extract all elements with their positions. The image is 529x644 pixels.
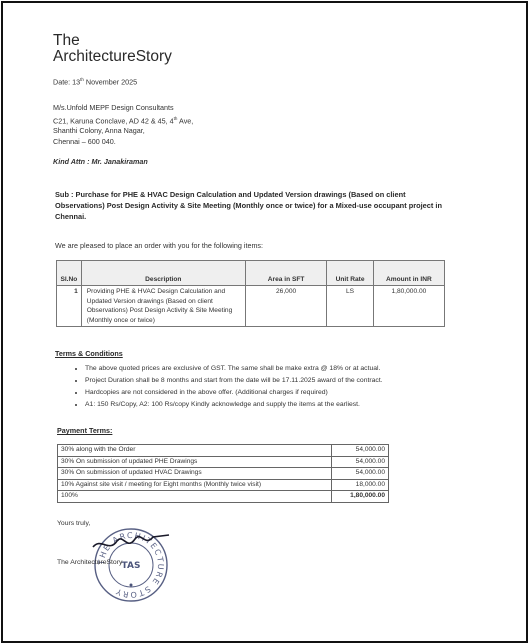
- payment-value: 54,000.00: [332, 445, 389, 457]
- stamp-center-text: TAS: [122, 561, 141, 571]
- header-area: Area in SFT: [245, 261, 327, 286]
- payment-label: 30% On submission of updated HVAC Drawin…: [58, 468, 332, 480]
- cell-area: 26,000: [245, 286, 327, 327]
- payment-value: 54,000.00: [332, 468, 389, 480]
- cell-amount: 1,80,000.00: [373, 286, 444, 327]
- list-item: Hardcopies are not considered in the abo…: [85, 387, 383, 399]
- recipient-address: M/s.Unfold MEPF Design Consultants C21, …: [53, 103, 193, 147]
- payment-label: 10% Against site visit / meeting for Eig…: [58, 479, 332, 491]
- attention-line: Kind Attn : Mr. Janakiraman: [53, 157, 148, 166]
- table-row: 10% Against site visit / meeting for Eig…: [58, 479, 389, 491]
- date-label: Date: 13: [53, 77, 80, 86]
- header-sl-no: Sl.No: [57, 261, 82, 286]
- table-row: 1 Providing PHE & HVAC Design Calculatio…: [57, 286, 445, 327]
- address-line-2a: C21, Karuna Conclave, AD 42 & 45, 4: [53, 116, 174, 125]
- cell-unit-rate: LS: [327, 286, 373, 327]
- payment-terms-table: 30% along with the Order 54,000.00 30% O…: [57, 444, 389, 503]
- cell-sl-no: 1: [57, 286, 82, 327]
- intro-text: We are pleased to place an order with yo…: [55, 241, 263, 250]
- signatory: The ArchitectureStory: [57, 559, 122, 566]
- address-line-2: C21, Karuna Conclave, AD 42 & 45, 4th Av…: [53, 114, 193, 127]
- address-line-4: Chennai – 600 040.: [53, 137, 193, 148]
- cell-description: Providing PHE & HVAC Design Calculation …: [81, 286, 245, 327]
- date-rest: November 2025: [84, 77, 137, 86]
- logo-line-2: ArchitectureStory: [53, 49, 172, 65]
- payment-terms-title: Payment Terms:: [57, 426, 112, 435]
- list-item: The above quoted prices are exclusive of…: [85, 363, 383, 375]
- payment-label: 100%: [58, 491, 332, 503]
- address-line-3: Shanthi Colony, Anna Nagar,: [53, 126, 193, 137]
- payment-value: 1,80,000.00: [332, 491, 389, 503]
- items-table: Sl.No Description Area in SFT Unit Rate …: [56, 260, 445, 327]
- items-table-header: Sl.No Description Area in SFT Unit Rate …: [57, 261, 445, 286]
- header-unit-rate: Unit Rate: [327, 261, 373, 286]
- table-row: 30% On submission of updated HVAC Drawin…: [58, 468, 389, 480]
- table-row: 30% along with the Order 54,000.00: [58, 445, 389, 457]
- address-line-2b: Ave,: [177, 116, 193, 125]
- table-row: 30% On submission of updated PHE Drawing…: [58, 456, 389, 468]
- table-row-total: 100% 1,80,000.00: [58, 491, 389, 503]
- header-amount: Amount in INR: [373, 261, 444, 286]
- logo-line-1: The: [53, 33, 172, 49]
- header-description: Description: [81, 261, 245, 286]
- terms-list: The above quoted prices are exclusive of…: [71, 363, 383, 411]
- address-line-1: M/s.Unfold MEPF Design Consultants: [53, 103, 193, 114]
- list-item: Project Duration shall be 8 months and s…: [85, 375, 383, 387]
- purchase-order-page: The ArchitectureStory Date: 13th Novembe…: [3, 3, 526, 641]
- payment-label: 30% along with the Order: [58, 445, 332, 457]
- payment-value: 54,000.00: [332, 456, 389, 468]
- subject-line: Sub : Purchase for PHE & HVAC Design Cal…: [55, 189, 445, 222]
- document-frame: The ArchitectureStory Date: 13th Novembe…: [1, 1, 528, 643]
- payment-label: 30% On submission of updated PHE Drawing…: [58, 456, 332, 468]
- letterhead-logo: The ArchitectureStory: [53, 33, 172, 65]
- list-item: A1: 150 Rs/Copy, A2: 100 Rs/copy Kindly …: [85, 399, 383, 411]
- letter-date: Date: 13th November 2025: [53, 77, 137, 86]
- salutation: Yours truly,: [57, 520, 90, 527]
- terms-title: Terms & Conditions: [55, 349, 123, 358]
- payment-value: 18,000.00: [332, 479, 389, 491]
